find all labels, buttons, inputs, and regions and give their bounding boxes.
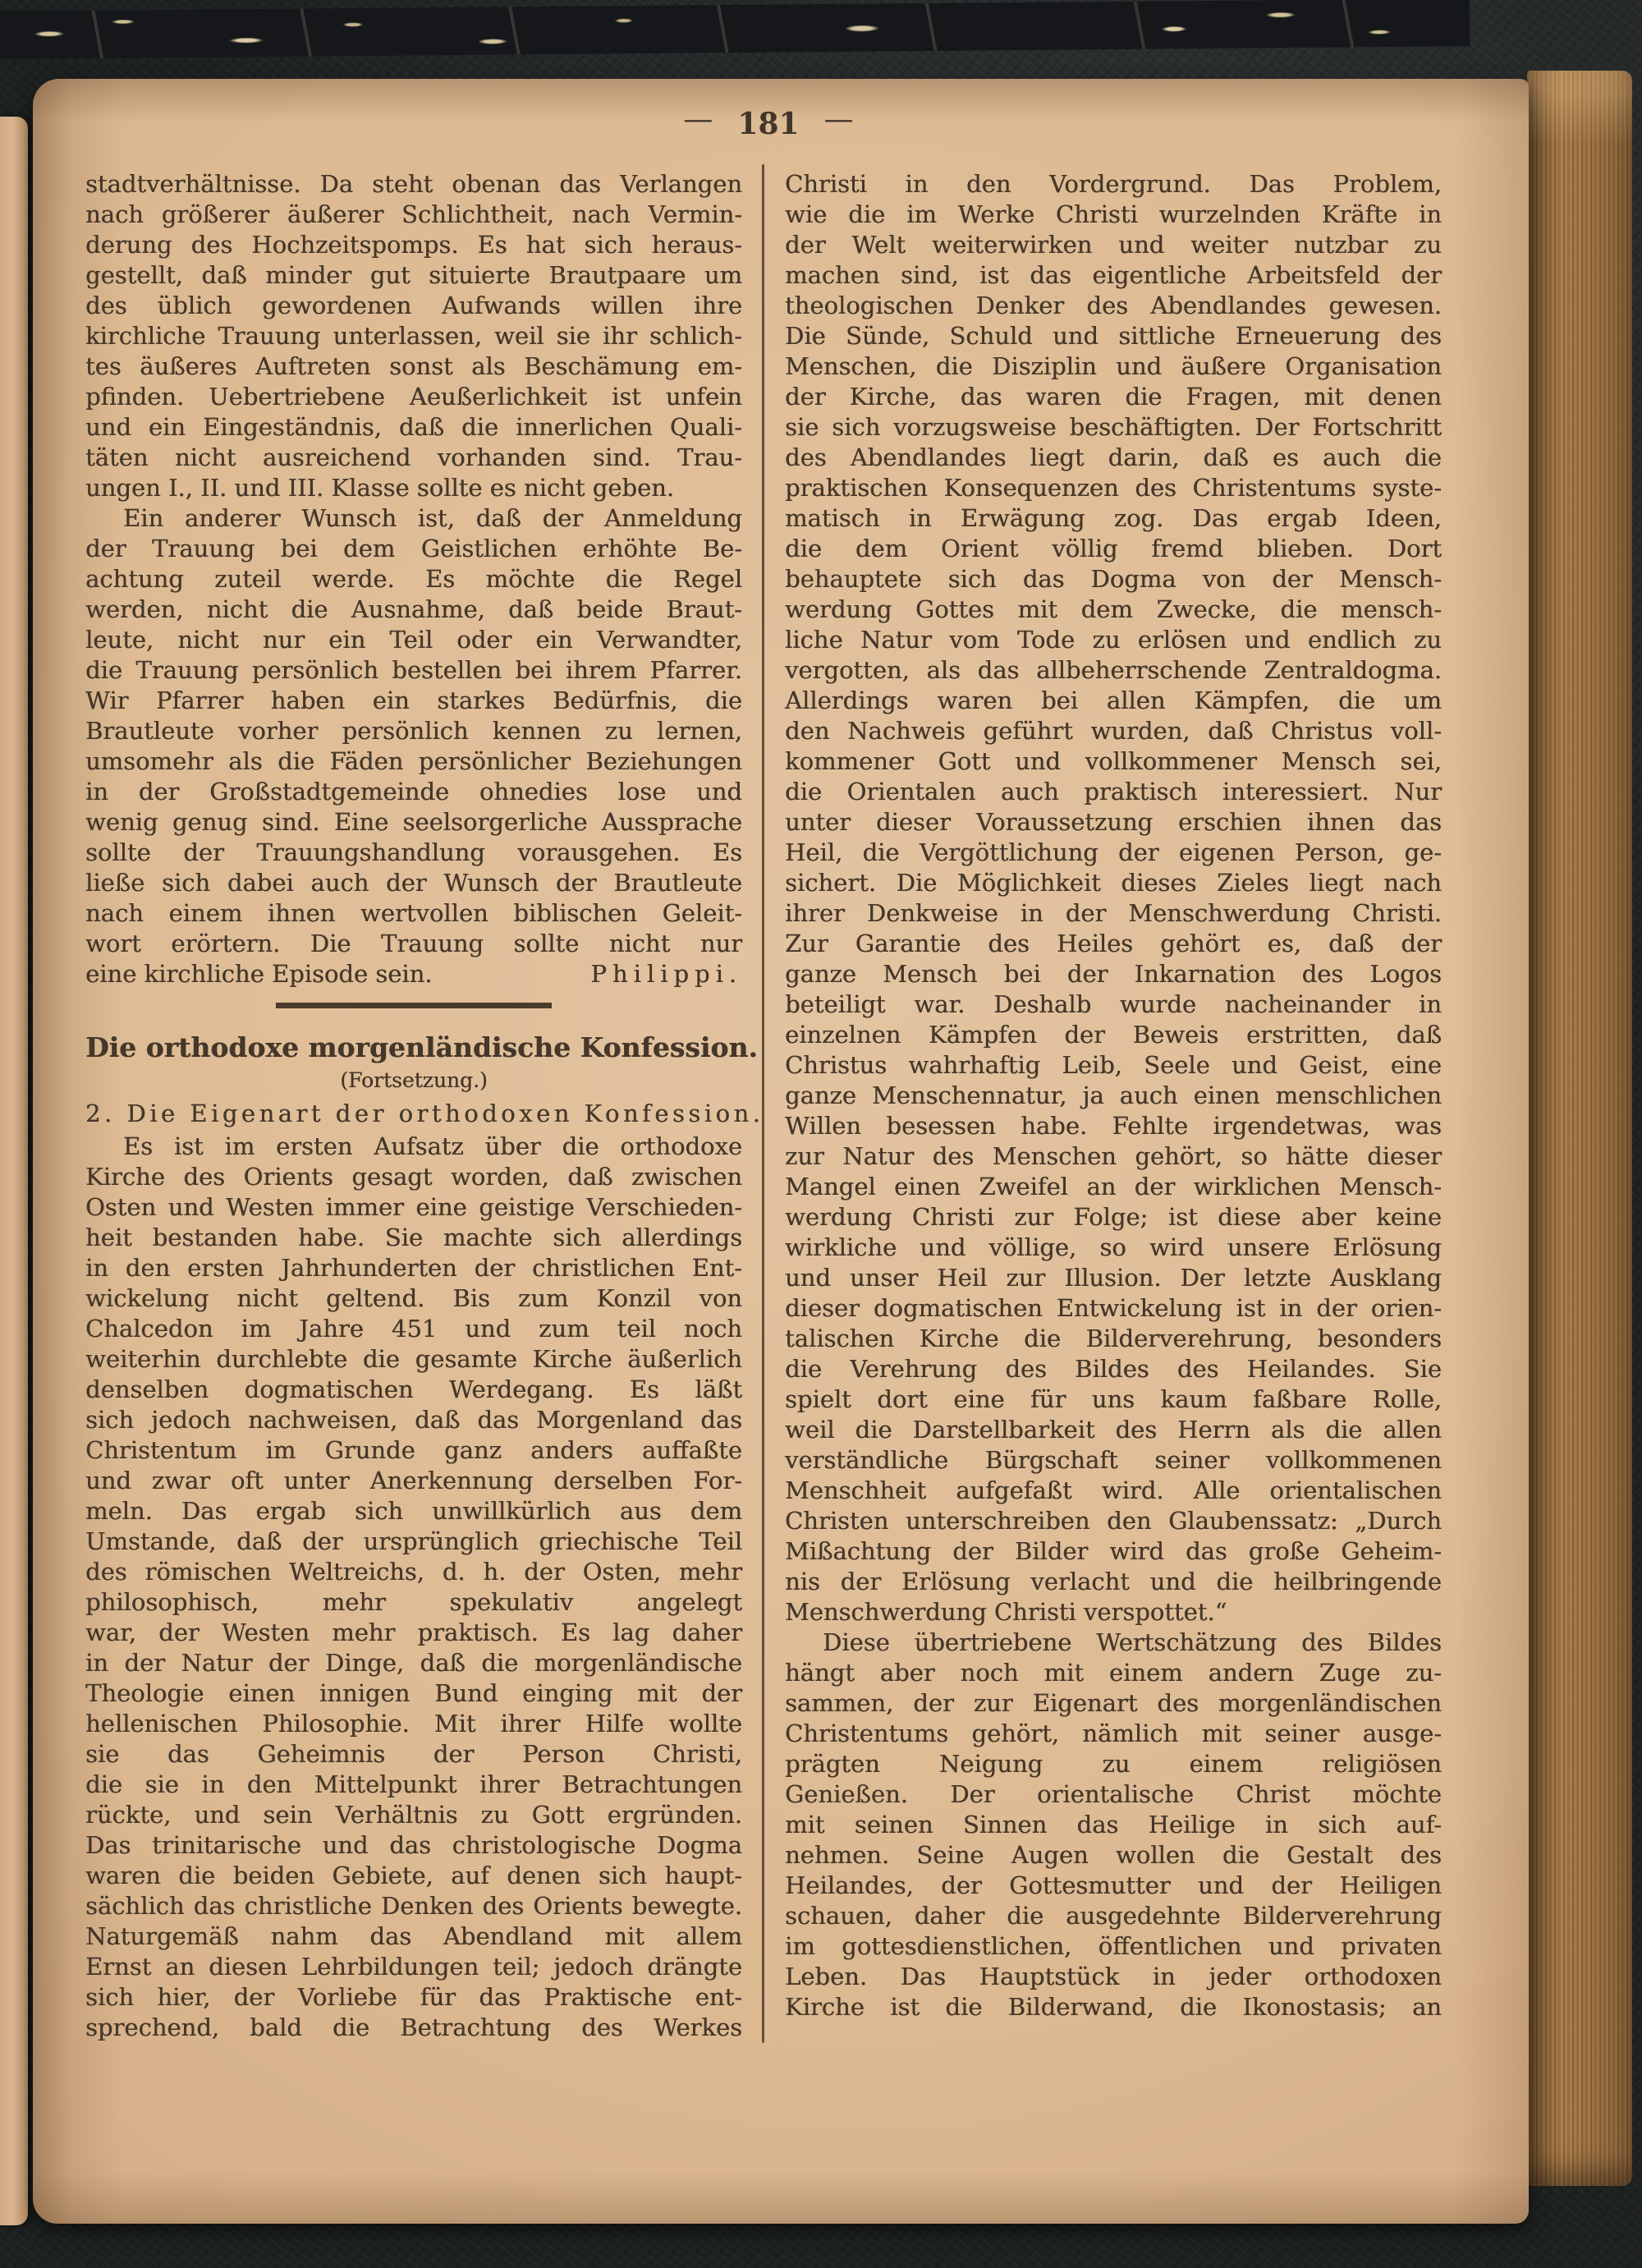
text-line: Christen unterschreiben den Glaubenssatz… [785,1506,1442,1536]
text-line: der Trauung bei dem Geistlichen erhöhte … [85,534,742,564]
section-divider-rule [276,1003,552,1008]
text-line: praktischen Konsequenzen des Christentum… [785,473,1442,503]
text-line: theologischen Denker des Abendlandes gew… [785,291,1442,321]
book-fore-edge-pages [1527,71,1632,2186]
text-line: der Welt weiterwirken und weiter nutzbar… [785,230,1442,260]
article-subtitle: (Fortsetzung.) [85,1066,742,1095]
text-line: Es ist im ersten Aufsatz über die orthod… [85,1132,742,1162]
text-line: ungen I., II. und III. Klasse sollte es … [85,473,742,503]
text-line: umsomehr als die Fäden persönlicher Bezi… [85,746,742,777]
text-line: weil die Darstellbarkeit des Herrn als d… [785,1415,1442,1445]
text-line: die sie in den Mittelpunkt ihrer Betrach… [85,1770,742,1800]
header-dash-right: — [824,103,854,136]
text-line: den Nachweis geführt wurden, daß Christu… [785,716,1442,746]
text-line: kirchliche Trauung unterlassen, weil sie… [85,321,742,351]
text-line: Christentums gehört, nämlich mit seiner … [785,1719,1442,1749]
text-line: Menschheit aufgefaßt wird. Alle oriental… [785,1476,1442,1506]
text-line: in den ersten Jahrhunderten der christli… [85,1253,742,1283]
header-dash-left: — [683,103,713,136]
text-line: die Verehrung des Bildes des Heilandes. … [785,1354,1442,1384]
text-line: des Abendlandes liegt darin, daß es auch… [785,443,1442,473]
text-line: Die Sünde, Schuld und sittliche Erneueru… [785,321,1442,351]
text-line: ließe sich dabei auch der Wunsch der Bra… [85,868,742,898]
text-line: achtung zuteil werde. Es möchte die Rege… [85,564,742,595]
text-line: heit bestanden habe. Sie machte sich all… [85,1223,742,1253]
text-line: und zwar oft unter Anerkennung derselben… [85,1466,742,1496]
text-line: sie das Geheimnis der Person Christi, [85,1739,742,1770]
text-line: gestellt, daß minder gut situierte Braut… [85,260,742,291]
text-line: waren die beiden Gebiete, auf denen sich… [85,1861,742,1891]
text-line: nach einem ihnen wertvollen biblischen G… [85,898,742,929]
text-line: Naturgemäß nahm das Abendland mit allem [85,1921,742,1952]
text-line: zur Natur des Menschen gehört, so hätte … [785,1141,1442,1172]
text-line: werdung Gottes mit dem Zwecke, die mensc… [785,595,1442,625]
right-column: Christi in den Vordergrund. Das Problem,… [785,169,1442,2043]
text-line: Das trinitarische und das christologisch… [85,1830,742,1861]
text-line: Zur Garantie des Heiles gehört es, daß d… [785,929,1442,959]
text-line: einzelnen Kämpfen der Beweis erstritten,… [785,1020,1442,1050]
text-line: hängt aber noch mit einem andern Zuge zu… [785,1658,1442,1688]
text-line: Osten und Westen immer eine geistige Ver… [85,1192,742,1223]
text-line: nach größerer äußerer Schlichtheit, nach… [85,200,742,230]
text-line: nis der Erlösung verlacht und die heilbr… [785,1567,1442,1597]
text-line: des üblich gewordenen Aufwands willen ih… [85,291,742,321]
text-line: wenig genug sind. Eine seelsorgerliche A… [85,807,742,838]
text-line: meln. Das ergab sich unwillkürlich aus d… [85,1496,742,1527]
text-line: Christi in den Vordergrund. Das Problem, [785,169,1442,200]
text-line: im gottesdienstlichen, öffentlichen und … [785,1931,1442,1962]
text-line: liche Natur vom Tode zu erlösen und endl… [785,625,1442,655]
text-line: dieser dogmatischen Entwickelung ist in … [785,1293,1442,1324]
text-line: talischen Kirche die Bilderverehrung, be… [785,1324,1442,1354]
text-line: weiterhin durchlebte die gesamte Kirche … [85,1344,742,1375]
book-page: — 181 — stadtverhältnisse. Da steht oben… [33,79,1529,2224]
text-line: kommener Gott und vollkommener Mensch se… [785,746,1442,777]
text-line: matisch in Erwägung zog. Das ergab Ideen… [785,503,1442,534]
text-line: denselben dogmatischen Werdegang. Es läß… [85,1375,742,1405]
text-line: sollte der Trauungshandlung vorausgehen.… [85,838,742,868]
text-line: philosophisch, mehr spekulativ angelegt [85,1587,742,1618]
text-line: wort erörtern. Die Trauung sollte nicht … [85,929,742,959]
page-number: 181 [737,107,799,141]
text-line: unter dieser Voraussetzung erschien ihne… [785,807,1442,838]
text-line: Ein anderer Wunsch ist, daß der Anmeldun… [85,503,742,534]
text-line: beteiligt war. Deshalb wurde nacheinande… [785,989,1442,1020]
marbled-cover-edge [0,0,1470,59]
text-line: täten nicht ausreichend vorhanden sind. … [85,443,742,473]
text-line: sprechend, bald die Betrachtung des Werk… [85,2013,742,2043]
text-line: war, der Westen mehr praktisch. Es lag d… [85,1618,742,1648]
text-line: sammen, der zur Eigenart des morgenländi… [785,1688,1442,1719]
text-line: Ernst an diesen Lehrbildungen teil; jedo… [85,1952,742,1982]
left-column: stadtverhältnisse. Da steht obenan das V… [85,169,742,2043]
text-line: und unser Heil zur Illusion. Der letzte … [785,1263,1442,1293]
article-title: Die orthodoxe morgenländische Konfession… [85,1030,742,1066]
text-line: ganze Menschennatur, ja auch einen mensc… [785,1081,1442,1111]
text-line: Brautleute vorher persönlich kennen zu l… [85,716,742,746]
text-line: spielt dort eine für uns kaum faßbare Ro… [785,1384,1442,1415]
text-line: Leben. Das Hauptstück in jeder orthodoxe… [785,1962,1442,1992]
text-line: Theologie einen innigen Bund einging mit… [85,1678,742,1709]
text-line: tes äußeres Auftreten sonst als Beschämu… [85,351,742,382]
text-line: Menschwerdung Christi verspottet.“ [785,1597,1442,1628]
text-line: sichert. Die Möglichkeit dieses Zieles l… [785,868,1442,898]
text-line: Wir Pfarrer haben ein starkes Bedürfnis,… [85,686,742,716]
text-line: werden, nicht die Ausnahme, daß beide Br… [85,595,742,625]
text-line: Chalcedon im Jahre 451 und zum teil noch [85,1314,742,1344]
text-line: nehmen. Seine Augen wollen die Gestalt d… [785,1840,1442,1871]
section-heading: 2. Die Eigenart der orthodoxen Konfessio… [85,1095,742,1132]
text-line: die dem Orient völlig fremd blieben. Dor… [785,534,1442,564]
previous-page-edge [0,117,28,2225]
paragraph: Es ist im ersten Aufsatz über die orthod… [85,1132,742,2043]
text-line: Mißachtung der Bilder wird das große Geh… [785,1536,1442,1567]
text-line: Genießen. Der orientalische Christ möcht… [785,1779,1442,1810]
text-line: behauptete sich das Dogma von der Mensch… [785,564,1442,595]
author-signature: Philippi. [590,959,742,989]
text-line: sich jedoch nachweisen, daß das Morgenla… [85,1405,742,1435]
text-line: mit seinen Sinnen das Heilige in sich au… [785,1810,1442,1840]
text-line: sich hier, der Vorliebe für das Praktisc… [85,1982,742,2013]
text-line: Kirche ist die Bilderwand, die Ikonostas… [785,1992,1442,2022]
text-line: schauen, daher die ausgedehnte Bilderver… [785,1901,1442,1931]
text-line: Heil, die Vergöttlichung der eigenen Per… [785,838,1442,868]
text-line: Willen besessen habe. Fehlte irgendetwas… [785,1111,1442,1141]
text-line: in der Natur der Dinge, daß die morgenlä… [85,1648,742,1678]
text-line: ihrer Denkweise in der Menschwerdung Chr… [785,898,1442,929]
text-line: des römischen Weltreichs, d. h. der Oste… [85,1557,742,1587]
text-line: pfinden. Uebertriebene Aeußerlichkeit is… [85,382,742,412]
tail-text: eine kirchliche Episode sein. [85,959,432,989]
text-line: Christus wahrhaftig Leib, Seele und Geis… [785,1050,1442,1081]
text-line: machen sind, ist das eigentliche Arbeits… [785,260,1442,291]
text-line: ganze Mensch bei der Inkarnation des Log… [785,959,1442,989]
text-line: sächlich das christliche Denken des Orie… [85,1891,742,1921]
paragraph: Ein anderer Wunsch ist, daß der Anmeldun… [85,503,742,989]
paragraph-tail: eine kirchliche Episode sein.Philippi. [85,959,742,989]
text-line: wickelung nicht geltend. Bis zum Konzil … [85,1283,742,1314]
text-line: Diese übertriebene Wertschätzung des Bil… [785,1628,1442,1658]
text-line: der Kirche, das waren die Fragen, mit de… [785,382,1442,412]
text-line: vergotten, als das allbeherrschende Zent… [785,655,1442,686]
text-line: die Trauung persönlich bestellen bei ihr… [85,655,742,686]
text-line: wirkliche und völlige, so wird unsere Er… [785,1233,1442,1263]
text-line: Kirche des Orients gesagt worden, daß zw… [85,1162,742,1192]
text-line: sie sich vorzugsweise beschäftigten. Der… [785,412,1442,443]
text-line: die Orientalen auch praktisch interessie… [785,777,1442,807]
text-line: Christentum im Grunde ganz anders auffaß… [85,1435,742,1466]
text-line: verständliche Bürgschaft seiner vollkomm… [785,1445,1442,1476]
text-line: hellenischen Philosophie. Mit ihrer Hilf… [85,1709,742,1739]
text-line: Heilandes, der Gottesmutter und der Heil… [785,1871,1442,1901]
text-line: prägten Neigung zu einem religiösen [785,1749,1442,1779]
page-header: — 181 — [85,107,1452,141]
text-line: und ein Eingeständnis, daß die innerlich… [85,412,742,443]
text-line: derung des Hochzeitspomps. Es hat sich h… [85,230,742,260]
text-line: in der Großstadtgemeinde ohnedies lose u… [85,777,742,807]
text-line: rückte, und sein Verhältnis zu Gott ergr… [85,1800,742,1830]
paragraph: Christi in den Vordergrund. Das Problem,… [785,169,1442,1628]
book-cover-background: — 181 — stadtverhältnisse. Da steht oben… [0,0,1642,2268]
text-columns: stadtverhältnisse. Da steht obenan das V… [85,169,1465,2043]
text-line: wie die im Werke Christi wurzelnden Kräf… [785,200,1442,230]
paragraph: stadtverhältnisse. Da steht obenan das V… [85,169,742,503]
text-line: Mangel einen Zweifel an der wirklichen M… [785,1172,1442,1202]
text-line: werdung Christi zur Folge; ist diese abe… [785,1202,1442,1233]
text-line: Menschen, die Disziplin und äußere Organ… [785,351,1442,382]
text-line: stadtverhältnisse. Da steht obenan das V… [85,169,742,200]
paragraph: Diese übertriebene Wertschätzung des Bil… [785,1628,1442,2022]
text-line: Allerdings waren bei allen Kämpfen, die … [785,686,1442,716]
text-line: Umstande, daß der ursprünglich griechisc… [85,1527,742,1557]
text-line: leute, nicht nur ein Teil oder ein Verwa… [85,625,742,655]
